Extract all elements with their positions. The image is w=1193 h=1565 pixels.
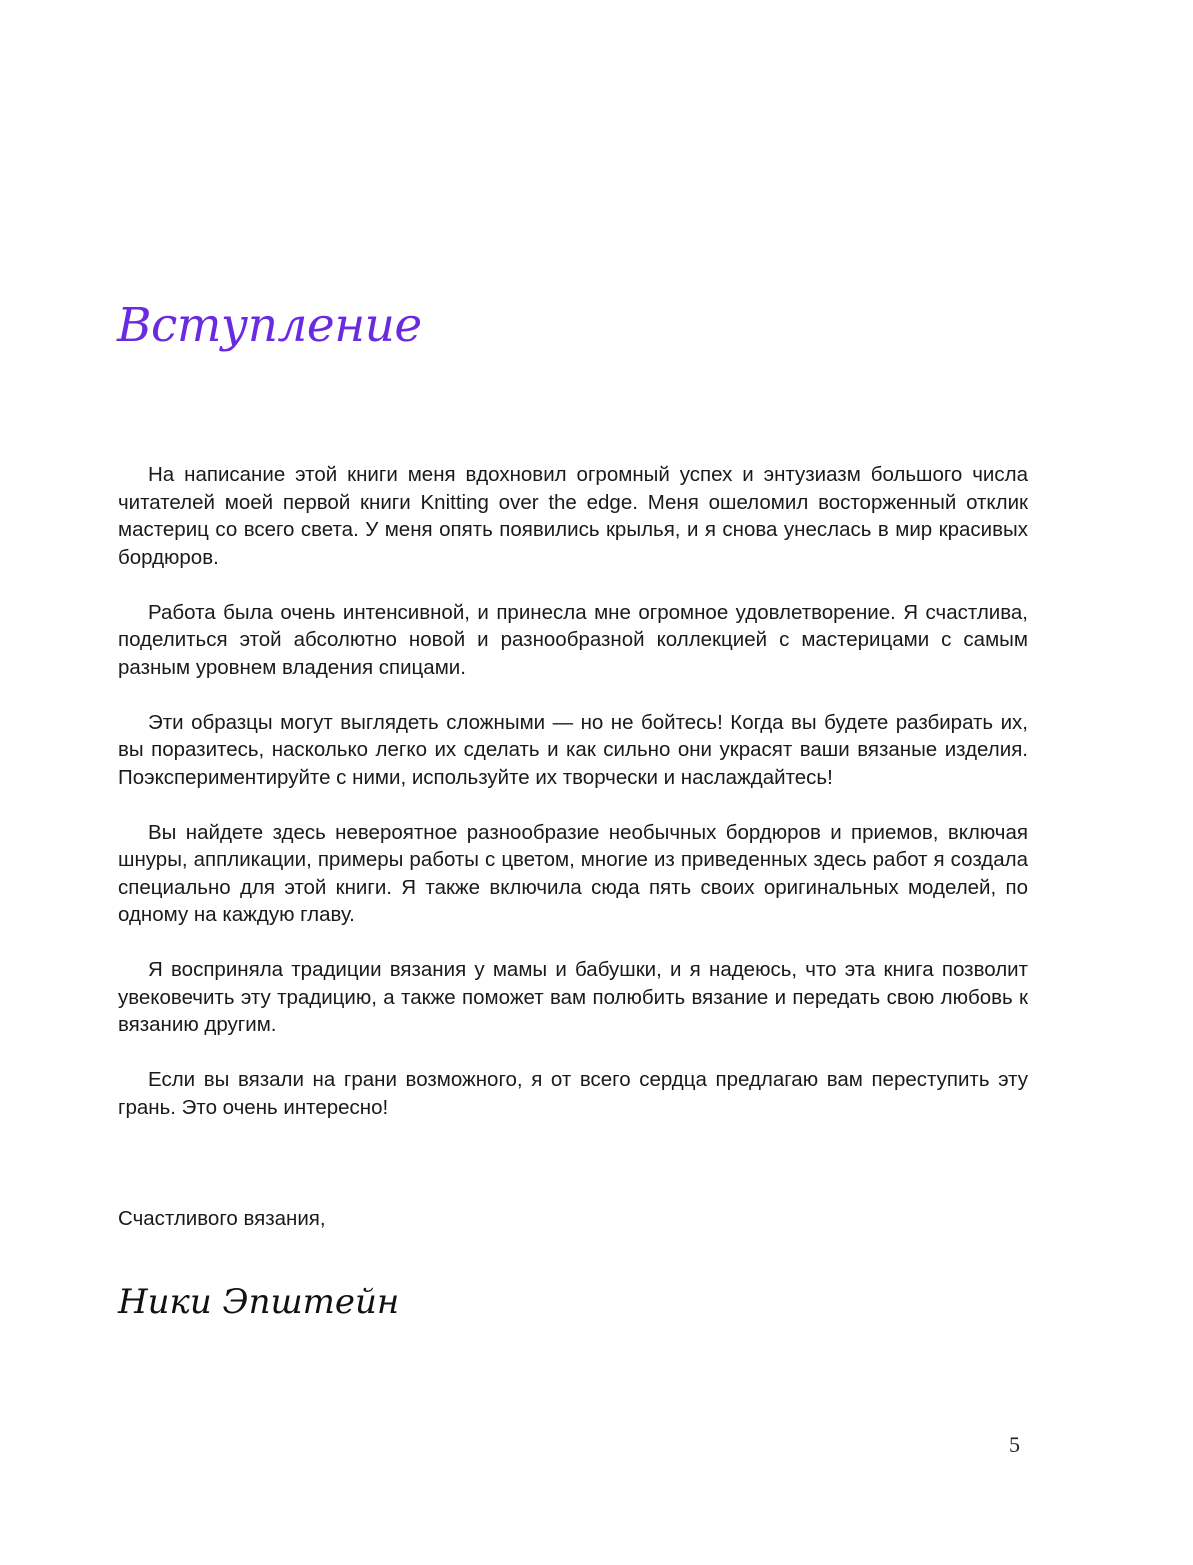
author-signature: Ники Эпштейн <box>118 1280 399 1324</box>
paragraph-variety: Вы найдете здесь невероятное разнообрази… <box>118 819 1028 929</box>
paragraph-invitation: Если вы вязали на грани возможного, я от… <box>118 1066 1028 1121</box>
paragraph-tradition: Я восприняла традиции вязания у мамы и б… <box>118 956 1028 1039</box>
closing-line: Счастливого вязания, <box>118 1205 326 1232</box>
paragraph-work: Работа была очень интенсивной, и принесл… <box>118 599 1028 682</box>
page-title: Вступление <box>117 296 422 356</box>
body-text: На написание этой книги меня вдохновил о… <box>118 461 1028 1149</box>
page-number: 5 <box>1009 1431 1020 1459</box>
paragraph-inspiration: На написание этой книги меня вдохновил о… <box>118 461 1028 571</box>
paragraph-samples: Эти образцы могут выглядеть сложными — н… <box>118 709 1028 792</box>
